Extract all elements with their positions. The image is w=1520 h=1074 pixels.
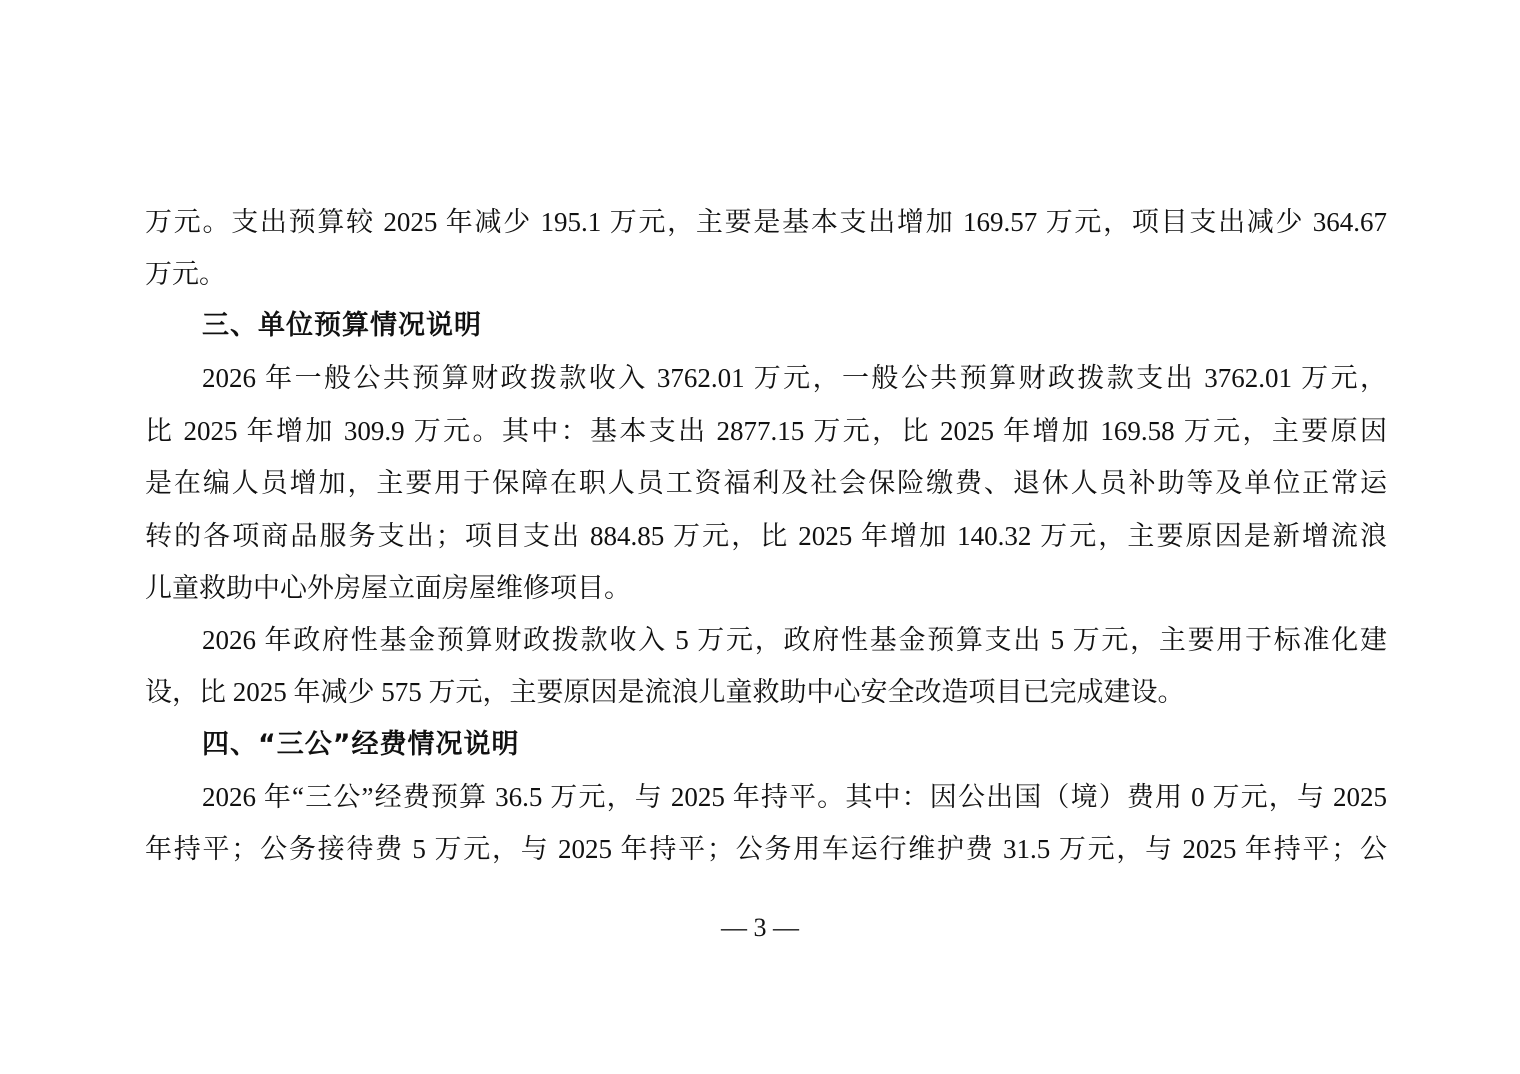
body-text-line: 万元。支出预算较 2025 年减少 195.1 万元，主要是基本支出增加 169… [145,202,1387,242]
body-text-line: 比 2025 年增加 309.9 万元。其中：基本支出 2877.15 万元，比… [145,411,1387,451]
document-page: 万元。支出预算较 2025 年减少 195.1 万元，主要是基本支出增加 169… [0,0,1520,1074]
body-text-line: 是在编人员增加，主要用于保障在职人员工资福利及社会保险缴费、退休人员补助等及单位… [145,463,1387,503]
body-text-line: 设，比 2025 年减少 575 万元，主要原因是流浪儿童救助中心安全改造项目已… [145,672,1387,712]
body-text-line: 万元。 [145,254,1387,294]
section-heading: 三、单位预算情况说明 [202,306,482,346]
section-heading: 四、“三公”经费情况说明 [202,725,520,765]
body-text-line: 2026 年一般公共预算财政拨款收入 3762.01 万元，一般公共预算财政拨款… [202,358,1387,398]
body-text-line: 2026 年“三公”经费预算 36.5 万元，与 2025 年持平。其中：因公出… [202,777,1387,817]
body-text-line: 儿童救助中心外房屋立面房屋维修项目。 [145,568,1387,608]
body-text-line: 转的各项商品服务支出；项目支出 884.85 万元，比 2025 年增加 140… [145,516,1387,556]
body-text-line: 2026 年政府性基金预算财政拨款收入 5 万元，政府性基金预算支出 5 万元，… [202,620,1387,660]
body-text-line: 年持平；公务接待费 5 万元，与 2025 年持平；公务用车运行维护费 31.5… [145,829,1387,869]
page-number: — 3 — [0,910,1520,946]
